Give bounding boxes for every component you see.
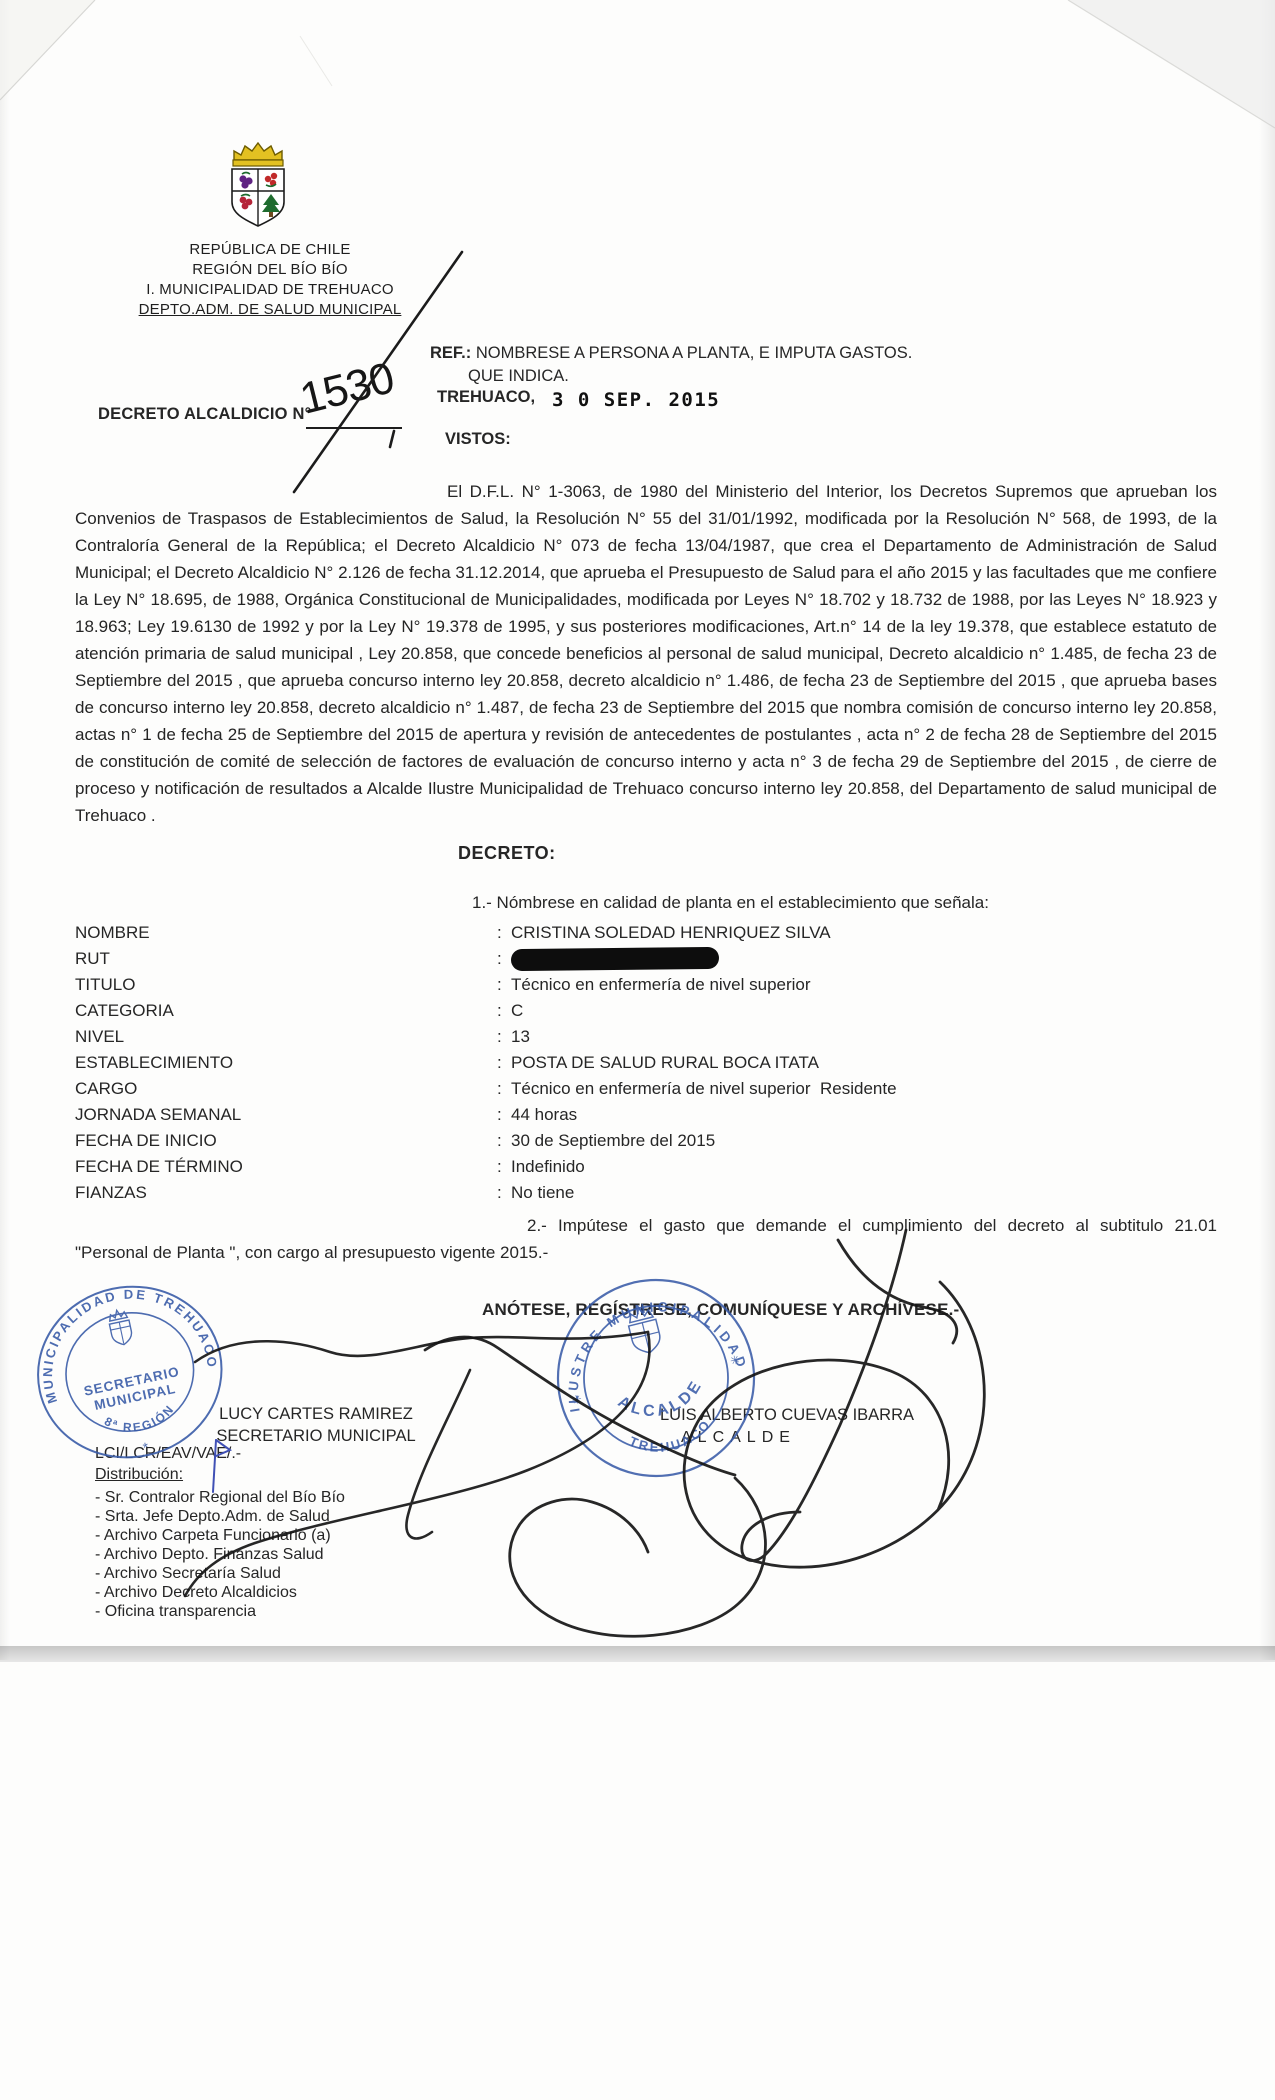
distribution-item: - Oficina transparencia — [95, 1602, 345, 1621]
field-label: FECHA DE INICIO — [75, 1128, 497, 1154]
field-colon: : — [497, 1154, 511, 1180]
field-row-fecha-termino: FECHA DE TÉRMINO:Indefinido — [75, 1154, 1175, 1180]
ref-text: NOMBRESE A PERSONA A PLANTA, E IMPUTA GA… — [476, 344, 912, 362]
field-colon: : — [497, 972, 511, 998]
field-colon: : — [497, 1024, 511, 1050]
decreto-heading: DECRETO: — [458, 843, 556, 864]
distribution-list: - Sr. Contralor Regional del Bío Bío - S… — [95, 1488, 345, 1621]
field-row-fecha-inicio: FECHA DE INICIO:30 de Septiembre del 201… — [75, 1128, 1175, 1154]
field-label: CATEGORIA — [75, 998, 497, 1024]
mayor-name: LUIS ALBERTO CUEVAS IBARRA — [660, 1406, 914, 1425]
field-row-rut: RUT: — [75, 946, 1175, 972]
field-label: TITULO — [75, 972, 497, 998]
secretary-name: LUCY CARTES RAMIREZ — [198, 1403, 434, 1425]
field-row-titulo: TITULO:Técnico en enfermería de nivel su… — [75, 972, 1175, 998]
decree-number-underline — [306, 427, 402, 429]
vistos-paragraph: El D.F.L. N° 1-3063, de 1980 del Ministe… — [75, 478, 1217, 829]
scan-corner-shade — [1068, 0, 1275, 128]
field-row-categoria: CATEGORIA:C — [75, 998, 1175, 1024]
field-row-nombre: NOMBRE:CRISTINA SOLEDAD HENRIQUEZ SILVA — [75, 920, 1175, 946]
field-row-establecimiento: ESTABLECIMIENTO:POSTA DE SALUD RURAL BOC… — [75, 1050, 1175, 1076]
letterhead-line-region: REGIÓN DEL BÍO BÍO — [75, 260, 465, 280]
field-colon: : — [497, 1076, 511, 1102]
secretary-title: SECRETARIO MUNICIPAL — [198, 1425, 434, 1447]
field-row-cargo: CARGO:Técnico en enfermería de nivel sup… — [75, 1076, 1175, 1102]
scan-corner-shade — [0, 0, 95, 100]
letterhead: REPÚBLICA DE CHILE REGIÓN DEL BÍO BÍO I.… — [75, 240, 465, 320]
appointment-fields: NOMBRE:CRISTINA SOLEDAD HENRIQUEZ SILVA … — [75, 920, 1175, 1206]
closing-formula: ANÓTESE, REGÍSTRESE, COMUNÍQUESE Y ARCHÍ… — [482, 1300, 959, 1320]
stamp-star-left: ✳ — [570, 1392, 583, 1408]
stamp-region-text: 8ª REGIÓN — [100, 1400, 181, 1442]
field-value: No tiene — [511, 1180, 574, 1206]
field-value: Técnico en enfermería de nivel superior … — [511, 1076, 897, 1102]
scan-page-edge — [0, 1646, 1275, 1662]
mayor-title: ALCALDE — [681, 1429, 796, 1447]
field-row-fianzas: FIANZAS:No tiene — [75, 1180, 1175, 1206]
ref-line2: QUE INDICA. — [468, 367, 569, 386]
fold-line — [0, 0, 95, 100]
field-label: CARGO — [75, 1076, 497, 1102]
secretary-signature-block: LUCY CARTES RAMIREZ SECRETARIO MUNICIPAL — [198, 1403, 434, 1447]
municipal-crest — [222, 142, 294, 234]
field-row-jornada: JORNADA SEMANAL:44 horas — [75, 1102, 1175, 1128]
letterhead-line-municipality: I. MUNICIPALIDAD DE TREHUACO — [75, 280, 465, 300]
svg-text:8ª REGIÓN: 8ª REGIÓN — [100, 1400, 181, 1442]
svg-text:MUNICIPALIDAD DE TREHUACO: MUNICIPALIDAD DE TREHUACO — [24, 1270, 221, 1406]
redaction-bar — [511, 947, 719, 971]
vistos-heading: VISTOS: — [445, 430, 511, 449]
decree-number-handwritten: 1530 — [295, 353, 398, 424]
decree-item-1: 1.- Nómbrese en calidad de planta en el … — [472, 893, 989, 913]
stamp-star-right: ✳ — [729, 1352, 742, 1368]
field-value: CRISTINA SOLEDAD HENRIQUEZ SILVA — [511, 920, 831, 946]
field-colon: : — [497, 1102, 511, 1128]
stamp-center-line2: MUNICIPAL — [93, 1381, 177, 1413]
field-label: FECHA DE TÉRMINO — [75, 1154, 497, 1180]
field-value: POSTA DE SALUD RURAL BOCA ITATA — [511, 1050, 819, 1076]
distribution-heading: Distribución: — [95, 1466, 183, 1484]
distribution-item: - Sr. Contralor Regional del Bío Bío — [95, 1488, 345, 1507]
field-label: NIVEL — [75, 1024, 497, 1050]
decree-number-label: DECRETO ALCALDICIO N° — [98, 405, 311, 424]
field-value: Indefinido — [511, 1154, 585, 1180]
field-value: Técnico en enfermería de nivel superior — [511, 972, 811, 998]
stamp-ring-text: MUNICIPALIDAD DE TREHUACO — [24, 1270, 221, 1406]
distribution-item: - Archivo Depto. Finanzas Salud — [95, 1545, 345, 1564]
field-label: NOMBRE — [75, 920, 497, 946]
fold-line — [300, 36, 332, 86]
field-label: RUT — [75, 946, 497, 972]
stamp-center-line1: SECRETARIO — [83, 1364, 182, 1399]
distribution-item: - Archivo Secretaría Salud — [95, 1564, 345, 1583]
field-value: 13 — [511, 1024, 530, 1050]
field-value: 30 de Septiembre del 2015 — [511, 1128, 715, 1154]
distribution-item: - Srta. Jefe Depto.Adm. de Salud — [95, 1507, 345, 1526]
field-label: JORNADA SEMANAL — [75, 1102, 497, 1128]
scan-edge-shade — [0, 0, 10, 1660]
ref-city: TREHUACO, — [437, 388, 535, 407]
letterhead-line-department: DEPTO.ADM. DE SALUD MUNICIPAL — [75, 300, 465, 320]
letterhead-line-republic: REPÚBLICA DE CHILE — [75, 240, 465, 260]
scan-edge-shade — [1259, 0, 1275, 1660]
distribution-item: - Archivo Carpeta Funcionario (a) — [95, 1526, 345, 1545]
field-colon: : — [497, 1128, 511, 1154]
field-colon: : — [497, 920, 511, 946]
date-stamp: 3 0 SEP. 2015 — [552, 389, 720, 411]
field-row-nivel: NIVEL:13 — [75, 1024, 1175, 1050]
field-colon: : — [497, 1050, 511, 1076]
field-colon: : — [497, 1180, 511, 1206]
field-colon: : — [497, 998, 511, 1024]
field-value: 44 horas — [511, 1102, 577, 1128]
field-colon: : — [497, 946, 511, 972]
ref-label: REF.: — [430, 344, 471, 362]
crest-crown — [234, 143, 282, 160]
distribution-item: - Archivo Decreto Alcaldicios — [95, 1583, 345, 1602]
field-label: ESTABLECIMIENTO — [75, 1050, 497, 1076]
ref-line: REF.: NOMBRESE A PERSONA A PLANTA, E IMP… — [430, 344, 912, 363]
field-label: FIANZAS — [75, 1180, 497, 1206]
document-initials: LCI/LCR/EAV/VAE/.- — [95, 1445, 241, 1463]
scanned-decree-document: REPÚBLICA DE CHILE REGIÓN DEL BÍO BÍO I.… — [0, 0, 1275, 2100]
field-value: C — [511, 998, 523, 1024]
alcalde-stamp: ILUSTRE MUNICIPALIDAD ALCALDE TREHUACO ✳… — [528, 1250, 785, 1507]
fold-line — [1068, 0, 1275, 128]
decree-item-2: 2.- Impútese el gasto que demande el cum… — [75, 1212, 1217, 1266]
